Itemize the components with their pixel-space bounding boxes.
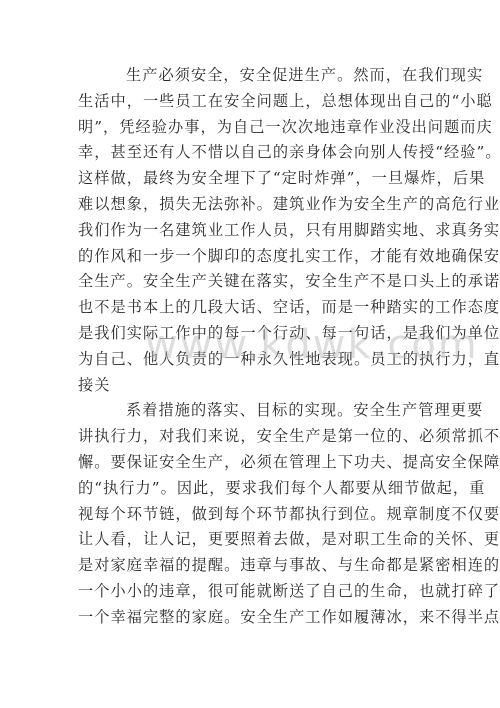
text-line: 接关 [78,373,424,399]
text-line: 我们作为一名建筑业工作人员，只有用脚踏实地、求真务实 [78,218,424,244]
text-line: 是对家庭幸福的提醒。违章与事故、与生命都是紧密相连的， [78,553,424,579]
text-line: 这样做，最终为安全埋下了“定时炸弹”，一旦爆炸，后果 [78,166,424,192]
text-line: 讲执行力，对我们来说，安全生产是第一位的、必须常抓不 [78,424,424,450]
text-line: 让人看，让人记，更要照着去做，是对职工生命的关怀、更 [78,527,424,553]
text-line: 系着措施的落实、目标的实现。安全生产管理更要 [78,398,424,424]
text-line: 幸，甚至还有人不惜以自己的亲身体会向别人传授“经验”。 [78,140,424,166]
text-line: 的作风和一步一个脚印的态度扎实工作，才能有效地确保安 [78,244,424,270]
text-line: 明”，凭经验办事，为自己一次次地违章作业没出问题而庆 [78,115,424,141]
paragraph-2: 系着措施的落实、目标的实现。安全生产管理更要 讲执行力，对我们来说，安全生产是第… [78,398,424,630]
text-line: 生产必须安全，安全促进生产。然而，在我们现实 [78,63,424,89]
text-line: 是我们实际工作中的每一个行动、每一句话，是我们为单位、 [78,321,424,347]
text-line: 为自己、他人负责的一种永久性地表现。员工的执行力，直 [78,347,424,373]
text-line: 一个小小的违章，很可能就断送了自己的生命，也就打碎了 [78,579,424,605]
text-line: 的“执行力”。因此，要求我们每个人都要从细节做起，重 [78,476,424,502]
text-line: 难以想象，损失无法弥补。建筑业作为安全生产的高危行业， [78,192,424,218]
text-line: 视每个环节链，做到每个环节都执行到位。规章制度不仅要 [78,502,424,528]
text-line: 全生产。安全生产关键在落实，安全生产不是口头上的承诺， [78,269,424,295]
text-line: 生活中，一些员工在安全问题上，总想体现出自己的“小聪 [78,89,424,115]
document-body: 生产必须安全，安全促进生产。然而，在我们现实 生活中，一些员工在安全问题上，总想… [78,63,424,631]
text-line: 也不是书本上的几段大话、空话，而是一种踏实的工作态度， [78,295,424,321]
text-line: 懈。要保证安全生产，必须在管理上下功夫、提高安全保障 [78,450,424,476]
paragraph-1: 生产必须安全，安全促进生产。然而，在我们现实 生活中，一些员工在安全问题上，总想… [78,63,424,398]
text-line: 一个幸福完整的家庭。安全生产工作如履薄冰，来不得半点 [78,605,424,631]
